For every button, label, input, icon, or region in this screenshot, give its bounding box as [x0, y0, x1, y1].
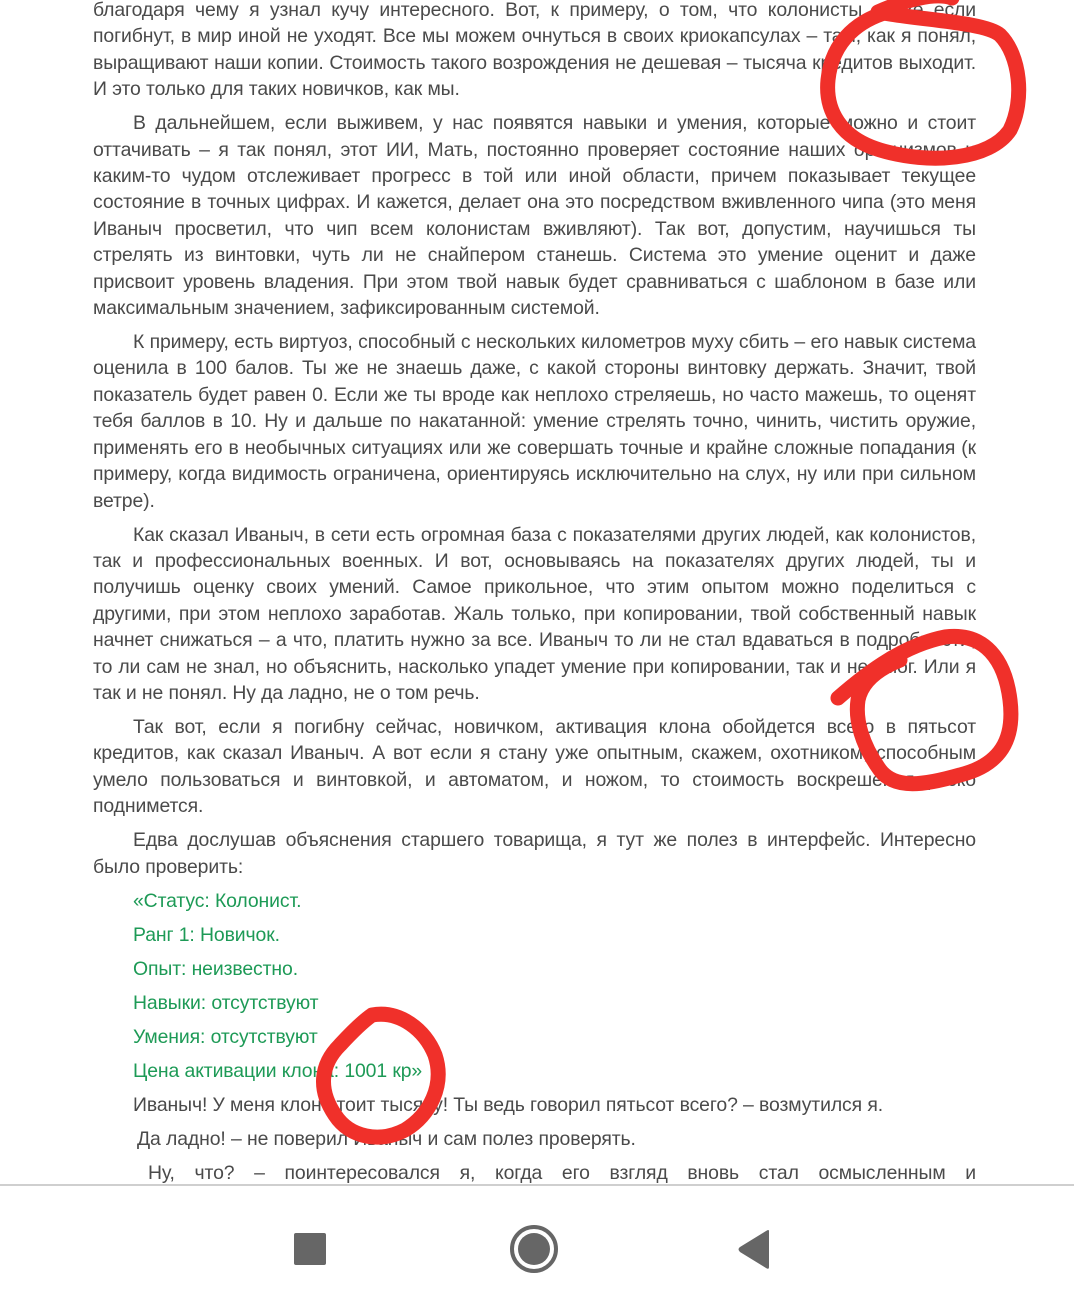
system-navigation-bar: [0, 1186, 1074, 1314]
paragraph: Едва дослушав объяснения старшего товари…: [93, 827, 976, 880]
status-line-experience: Опыт: неизвестно.: [93, 956, 976, 982]
status-block: «Статус: Колонист. Ранг 1: Новичок. Опыт…: [93, 888, 976, 1084]
paragraph: Так вот, если я погибну сейчас, новичком…: [93, 714, 976, 820]
book-text: благодаря чему я узнал кучу интересного.…: [93, 0, 976, 1184]
circle-icon: [474, 1186, 594, 1314]
dialogue-line: Да ладно! – не поверил Иваныч и сам поле…: [93, 1126, 976, 1152]
recents-button[interactable]: [250, 1186, 370, 1314]
status-line-skills: Навыки: отсутствуют: [93, 990, 976, 1016]
dialogue-line: Иваныч! У меня клон стоит тысячу! Ты вед…: [93, 1092, 976, 1118]
status-line-abilities: Умения: отсутствуют: [93, 1024, 976, 1050]
home-button[interactable]: [474, 1186, 594, 1314]
paragraph: благодаря чему я узнал кучу интересного.…: [93, 0, 976, 103]
book-reader-page[interactable]: благодаря чему я узнал кучу интересного.…: [0, 0, 1074, 1184]
status-line-clone-price: Цена активации клона: 1001 кр»: [93, 1058, 976, 1084]
paragraph: К примеру, есть виртуоз, способный с нес…: [93, 329, 976, 514]
paragraph: В дальнейшем, если выживем, у нас появят…: [93, 110, 976, 321]
status-line-rank: Ранг 1: Новичок.: [93, 922, 976, 948]
status-line-status: «Статус: Колонист.: [93, 888, 976, 914]
square-icon: [250, 1186, 370, 1314]
triangle-back-icon: [694, 1186, 814, 1314]
paragraph: Как сказал Иваныч, в сети есть огромная …: [93, 522, 976, 707]
back-button[interactable]: [694, 1186, 814, 1314]
dialogue-line: Ну, что? – поинтересовался я, когда его …: [93, 1160, 976, 1184]
